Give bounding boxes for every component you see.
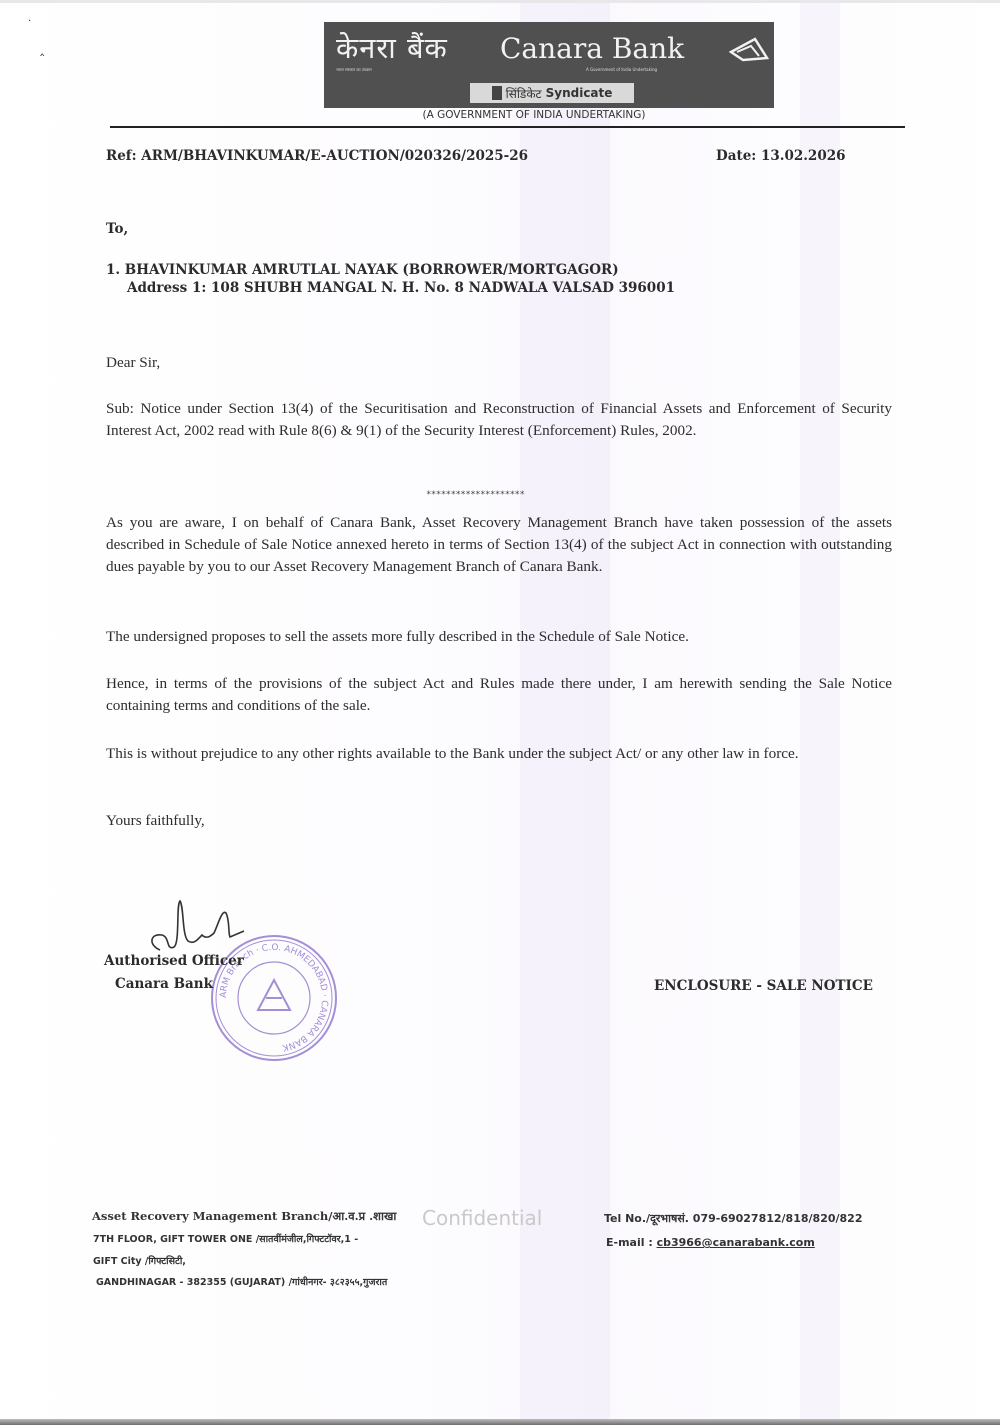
bank-name-hindi: केनरा बैंक (336, 28, 448, 67)
bank-name-english: Canara Bank (500, 32, 684, 65)
subject-line: Sub: Notice under Section 13(4) of the S… (106, 398, 892, 442)
paragraph-sale-notice: Hence, in terms of the provisions of the… (106, 673, 892, 717)
closing: Yours faithfully, (106, 812, 205, 830)
bank-tagline-english: A Government of India Undertaking (586, 67, 657, 72)
scan-speck: ‸ (40, 42, 44, 57)
footer-email: E-mail : cb3966@canarabank.com (606, 1236, 815, 1249)
syndicate-logo-icon (492, 86, 502, 100)
confidential-watermark: Confidential (422, 1206, 542, 1230)
bank-letterhead-logo: केनरा बैंक भारत सरकार का उपक्रम Canara B… (324, 22, 774, 108)
separator-stars: ******************** (426, 490, 524, 500)
reference-number: Ref: ARM/BHAVINKUMAR/E-AUCTION/020326/20… (106, 148, 528, 164)
recipient-name: 1. BHAVINKUMAR AMRUTLAL NAYAK (BORROWER/… (106, 262, 619, 278)
enclosure-note: ENCLOSURE - SALE NOTICE (654, 978, 873, 994)
footer-branch-name: Asset Recovery Management Branch/आ.व.प्र… (92, 1209, 396, 1224)
footer-address-line1: 7TH FLOOR, GIFT TOWER ONE /सातवींमंजील,ग… (93, 1232, 358, 1245)
paragraph-proposal: The undersigned proposes to sell the ass… (106, 626, 892, 648)
signatory-title: Authorised Officer (104, 953, 244, 969)
email-label: E-mail : (606, 1236, 657, 1249)
paragraph-prejudice: This is without prejudice to any other r… (106, 743, 892, 765)
recipient-address: Address 1: 108 SHUBH MANGAL N. H. No. 8 … (127, 280, 675, 296)
email-link[interactable]: cb3966@canarabank.com (657, 1236, 815, 1249)
signatory-organisation: Canara Bank (115, 976, 213, 992)
letter-page: · ‸ केनरा बैंक भारत सरकार का उपक्रम Cana… (0, 0, 1000, 1425)
footer-address-line2: GIFT City /गिफ्टसिटी, (93, 1254, 186, 1267)
syndicate-hindi: सिंडिकेट (506, 85, 542, 102)
paragraph-possession: As you are aware, I on behalf of Canara … (106, 512, 892, 578)
government-undertaking-line: (A GOVERNMENT OF INDIA UNDERTAKING) (324, 109, 744, 121)
canara-bank-logo-icon (729, 36, 769, 64)
letter-date: Date: 13.02.2026 (716, 148, 846, 164)
footer-address-line3: GANDHINAGAR - 382355 (GUJARAT) /गांधीनगर… (96, 1275, 387, 1288)
syndicate-badge: सिंडिकेट Syndicate (470, 83, 634, 103)
footer-telephone: Tel No./दूरभाषसं. 079-69027812/818/820/8… (604, 1211, 862, 1226)
scan-speck: · (28, 16, 31, 27)
page-top-edge (0, 0, 1000, 3)
recipient-to: To, (106, 221, 128, 237)
official-stamp: ARM Branch · C.O. AHMEDABAD · CANARA BAN… (208, 932, 340, 1064)
salutation: Dear Sir, (106, 354, 160, 372)
header-divider (110, 126, 905, 128)
bank-tagline-hindi: भारत सरकार का उपक्रम (336, 67, 372, 73)
syndicate-label: Syndicate (546, 86, 613, 100)
page-bottom-edge (0, 1419, 1000, 1425)
